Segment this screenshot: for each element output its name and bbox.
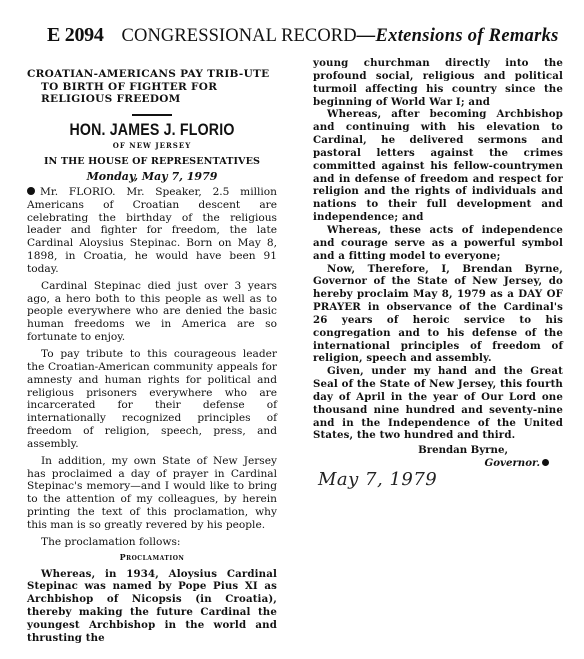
proclamation-paragraph: Whereas, in 1934, Aloysius Cardinal Step… — [27, 568, 277, 645]
proclamation-heading: Proclamation — [27, 551, 277, 564]
member-name: HON. JAMES J. FLORIO — [45, 124, 260, 137]
paragraph: In addition, my own State of New Jersey … — [27, 455, 277, 532]
chamber: IN THE HOUSE OF REPRESENTATIVES — [27, 156, 277, 169]
proclamation-body-left: Whereas, in 1934, Aloysius Cardinal Step… — [27, 568, 277, 645]
section-name: Extensions of Remarks — [376, 26, 559, 46]
proclamation-paragraph: Whereas, after becoming Archbishop and c… — [313, 108, 563, 224]
article-title: CROATIAN-AMERICANS PAY TRIB-UTE TO BIRTH… — [27, 68, 277, 106]
paragraph: To pay tribute to this courageous leader… — [27, 348, 277, 451]
right-column: young churchman directly into the profou… — [313, 57, 563, 487]
signature-name: Brendan Byrne, — [313, 444, 563, 457]
proclamation-paragraph: Now, Therefore, I, Brendan Byrne, Govern… — [313, 263, 563, 366]
header-separator: — — [357, 26, 376, 46]
member-state: OF NEW JERSEY — [27, 140, 277, 153]
bullet-icon — [27, 187, 35, 195]
page-number: E 2094 — [47, 24, 104, 46]
bullet-icon — [542, 459, 549, 466]
speech-date: Monday, May 7, 1979 — [27, 171, 277, 184]
publication-name: CONGRESSIONAL RECORD — [122, 26, 357, 46]
proclamation-paragraph: Whereas, these acts of independence and … — [313, 224, 563, 263]
date-stamp: May 7, 1979 — [318, 474, 563, 487]
paragraph: Mr. FLORIO. Mr. Speaker, 2.5 million Ame… — [27, 186, 277, 276]
proclamation-paragraph: Given, under my hand and the Great Seal … — [313, 365, 563, 442]
left-column: CROATIAN-AMERICANS PAY TRIB-UTE TO BIRTH… — [27, 68, 277, 645]
proclamation-intro: The proclamation follows: — [27, 536, 277, 549]
proclamation-paragraph: young churchman directly into the profou… — [313, 57, 563, 108]
paragraph: Cardinal Stepinac died just over 3 years… — [27, 280, 277, 344]
page-header: E 2094 CONGRESSIONAL RECORD—Extensions o… — [47, 24, 559, 47]
title-divider — [132, 114, 172, 116]
